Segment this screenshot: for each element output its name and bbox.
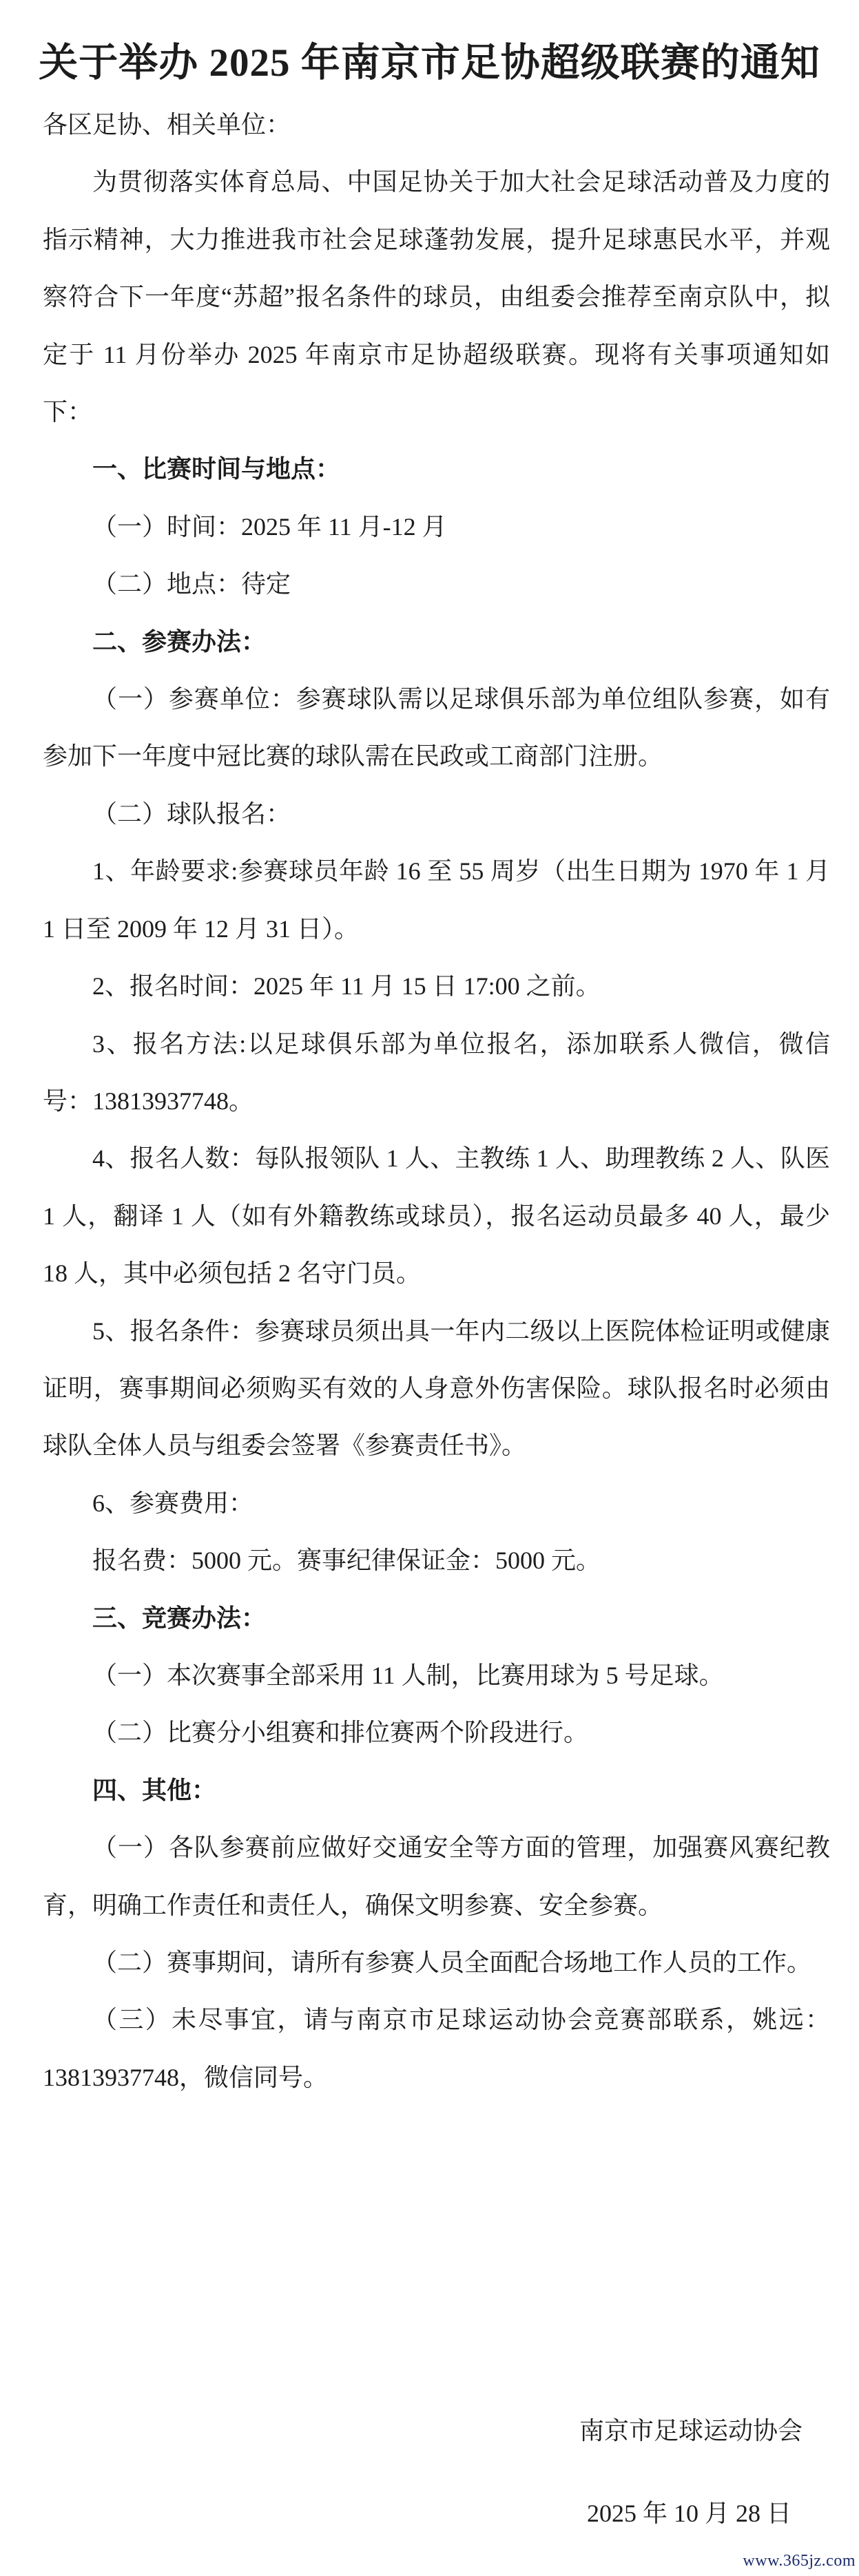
document-body: 各区足协、相关单位： 为贯彻落实体育总局、中国足协关于加大社会足球活动普及力度的… — [43, 96, 830, 2106]
paragraph: （二）地点：待定 — [43, 556, 830, 613]
paragraph: 6、参赛费用： — [43, 1475, 830, 1532]
paragraph-list: 为贯彻落实体育总局、中国足协关于加大社会足球活动普及力度的指示精神，大力推进我市… — [43, 154, 830, 2106]
section-heading: 三、竞赛办法： — [43, 1590, 830, 1647]
signature-block: 南京市足球运动协会 2025 年 10 月 28 日 — [43, 2377, 830, 2567]
paragraph: 报名费：5000 元。赛事纪律保证金：5000 元。 — [43, 1532, 830, 1589]
signature-organization: 南京市足球运动协会 — [43, 2402, 830, 2460]
section-heading: 一、比赛时间与地点： — [43, 441, 830, 498]
paragraph: （二）比赛分小组赛和排位赛两个阶段进行。 — [43, 1704, 830, 1761]
paragraph: （一）参赛单位：参赛球队需以足球俱乐部为单位组队参赛，如有参加下一年度中冠比赛的… — [43, 671, 830, 786]
signature-date: 2025 年 10 月 28 日 — [43, 2484, 830, 2542]
paragraph: （一）时间：2025 年 11 月-12 月 — [43, 499, 830, 556]
paragraph: 4、报名人数：每队报领队 1 人、主教练 1 人、助理教练 2 人、队医 1 人… — [43, 1130, 830, 1302]
section-heading: 四、其他： — [43, 1762, 830, 1819]
notice-document: { "document": { "title": "关于举办 2025 年南京市… — [0, 0, 859, 2576]
paragraph: 5、报名条件：参赛球员须出具一年内二级以上医院体检证明或健康证明，赛事期间必须购… — [43, 1303, 830, 1475]
site-watermark: www.365jz.com — [743, 2552, 856, 2570]
paragraph: 为贯彻落实体育总局、中国足协关于加大社会足球活动普及力度的指示精神，大力推进我市… — [43, 154, 830, 441]
paragraph: （一）本次赛事全部采用 11 人制，比赛用球为 5 号足球。 — [43, 1647, 830, 1704]
paragraph: （二）赛事期间，请所有参赛人员全面配合场地工作人员的工作。 — [43, 1934, 830, 1991]
section-heading: 二、参赛办法： — [43, 614, 830, 671]
paragraph: （一）各队参赛前应做好交通安全等方面的管理，加强赛风赛纪教育，明确工作责任和责任… — [43, 1819, 830, 1934]
paragraph: 3、报名方法:以足球俱乐部为单位报名，添加联系人微信，微信号：138139377… — [43, 1016, 830, 1131]
paragraph: 2、报名时间：2025 年 11 月 15 日 17:00 之前。 — [43, 958, 830, 1015]
salutation: 各区足协、相关单位： — [43, 96, 830, 154]
paragraph: 1、年龄要求:参赛球员年龄 16 至 55 周岁（出生日期为 1970 年 1 … — [43, 843, 830, 958]
paragraph: （二）球队报名： — [43, 786, 830, 843]
page-title: 关于举办 2025 年南京市足协超级联赛的通知 — [0, 37, 859, 90]
paragraph: （三）未尽事宜，请与南京市足球运动协会竞赛部联系，姚远：13813937748，… — [43, 1991, 830, 2106]
